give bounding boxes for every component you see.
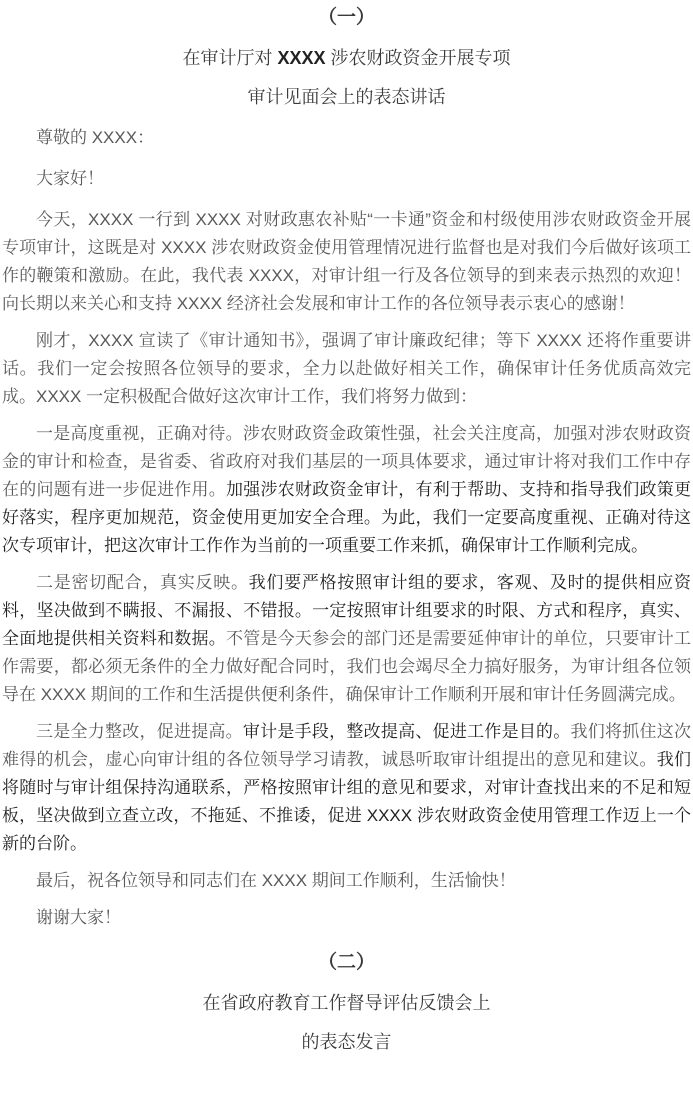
body-text-run: 刚才，XXXX 宣读了《审计通知书》，强调了审计廉政纪律；等下 XXXX 还将作…	[2, 331, 691, 406]
body-text-run: 最后，祝各位领导和同志们在 XXXX 期间工作顺利，生活愉快！	[36, 871, 516, 890]
section1-number: （一）	[2, 6, 691, 30]
document-page: （一） 在审计厅对 XXXX 涉农财政资金开展专项 审计见面会上的表态讲话 尊敬…	[0, 0, 693, 1054]
title-placeholder-bold: XXXX	[277, 48, 325, 68]
paragraph-1: 今天，XXXX 一行到 XXXX 对财政惠农补贴“一卡通”资金和村级使用涉农财政…	[2, 206, 691, 318]
paragraph-3: 一是高度重视，正确对待。涉农财政资金政策性强，社会关注度高，加强对涉农财政资金的…	[2, 420, 691, 560]
salutation: 尊敬的 XXXX：	[2, 124, 691, 152]
section2-title-line-2: 的表态发言	[2, 1030, 691, 1054]
section1-title-line-2: 审计见面会上的表态讲话	[2, 85, 691, 109]
body-text-run: 二是密切配合，真实反映。	[36, 573, 249, 592]
body-text-run: 三是全力整改，促进提高。	[36, 722, 243, 741]
title-text-pre: 在审计厅对	[182, 48, 277, 68]
body-text-run: 今天，XXXX 一行到 XXXX 对财政惠农补贴“一卡通”资金和村级使用涉农财政…	[2, 210, 691, 313]
greeting: 大家好！	[2, 165, 691, 193]
section1-title-line-1: 在审计厅对 XXXX 涉农财政资金开展专项	[2, 46, 691, 70]
paragraph-2: 刚才，XXXX 宣读了《审计通知书》，强调了审计廉政纪律；等下 XXXX 还将作…	[2, 327, 691, 411]
paragraph-5: 三是全力整改，促进提高。审计是手段，整改提高、促进工作是目的。我们将抓住这次难得…	[2, 718, 691, 858]
body-text-run: 谢谢大家！	[36, 908, 121, 927]
section2-number: （二）	[2, 951, 691, 975]
paragraph-closing: 最后，祝各位领导和同志们在 XXXX 期间工作顺利，生活愉快！	[2, 867, 691, 895]
emphasized-text-run: 审计是手段，整改提高、促进工作是目的。	[243, 722, 571, 741]
section-divider-space	[2, 941, 691, 951]
speech-body: 今天，XXXX 一行到 XXXX 对财政惠农补贴“一卡通”资金和村级使用涉农财政…	[2, 206, 691, 932]
greeting-block: 尊敬的 XXXX： 大家好！	[2, 124, 691, 193]
paragraph-thanks: 谢谢大家！	[2, 904, 691, 932]
paragraph-4: 二是密切配合，真实反映。我们要严格按照审计组的要求，客观、及时的提供相应资料，坚…	[2, 569, 691, 709]
section2-title-line-1: 在省政府教育工作督导评估反馈会上	[2, 991, 691, 1015]
title-text-post: 涉农财政资金开展专项	[326, 48, 511, 68]
